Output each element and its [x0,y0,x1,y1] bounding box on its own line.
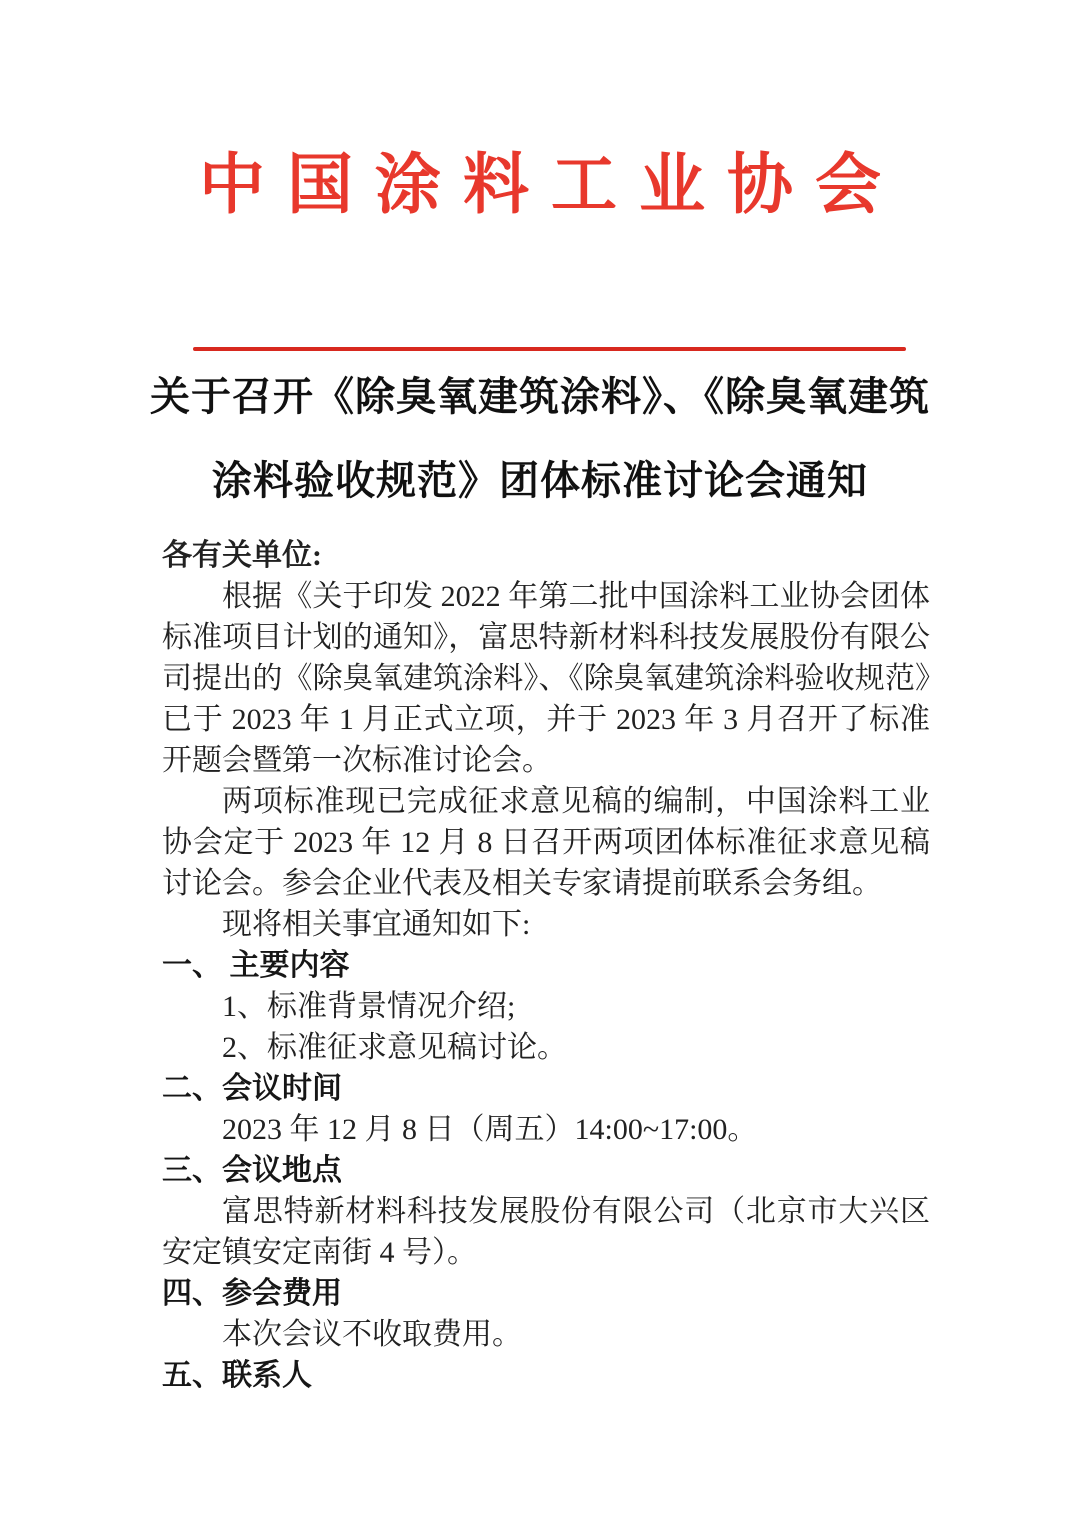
paragraph-notice-lead: 现将相关事宜通知如下: [162,904,930,945]
paragraph-standard-background: 根据《关于印发 2022 年第二批中国涂料工业协会团体标准项目计划的通知》，富思… [162,576,930,781]
section-4-heading-fee: 四、参会费用 [162,1273,930,1314]
red-divider-line [193,347,906,351]
notice-body: 各有关单位: 根据《关于印发 2022 年第二批中国涂料工业协会团体标准项目计划… [0,535,1080,1396]
document-title: 关于召开《除臭氧建筑涂料》、《除臭氧建筑 涂料验收规范》团体标准讨论会通知 [0,355,1080,523]
section-4-fee-text: 本次会议不收取费用。 [162,1314,930,1355]
section-3-heading-meeting-place: 三、会议地点 [162,1150,930,1191]
section-1-heading-main-content: 一、 主要内容 [162,945,930,986]
paragraph-meeting-plan: 两项标准现已完成征求意见稿的编制，中国涂料工业协会定于 2023 年 12 月 … [162,781,930,904]
association-masthead: 中国涂料工业协会 [0,146,1080,225]
section-2-meeting-time-text: 2023 年 12 月 8 日（周五）14:00~17:00。 [162,1109,930,1150]
section-1-item-2: 2、标准征求意见稿讨论。 [162,1027,930,1068]
section-2-heading-meeting-time: 二、会议时间 [162,1068,930,1109]
section-5-heading-contacts: 五、联系人 [162,1355,930,1396]
section-3-meeting-place-text: 富思特新材料科技发展股份有限公司（北京市大兴区安定镇安定南街 4 号）。 [162,1191,930,1273]
document-title-line2: 涂料验收规范》团体标准讨论会通知 [0,439,1080,523]
document-title-line1: 关于召开《除臭氧建筑涂料》、《除臭氧建筑 [0,355,1080,439]
section-1-item-1: 1、标准背景情况介绍; [162,986,930,1027]
notice-document: 中国涂料工业协会 关于召开《除臭氧建筑涂料》、《除臭氧建筑 涂料验收规范》团体标… [0,0,1080,1527]
salutation: 各有关单位: [162,535,930,576]
